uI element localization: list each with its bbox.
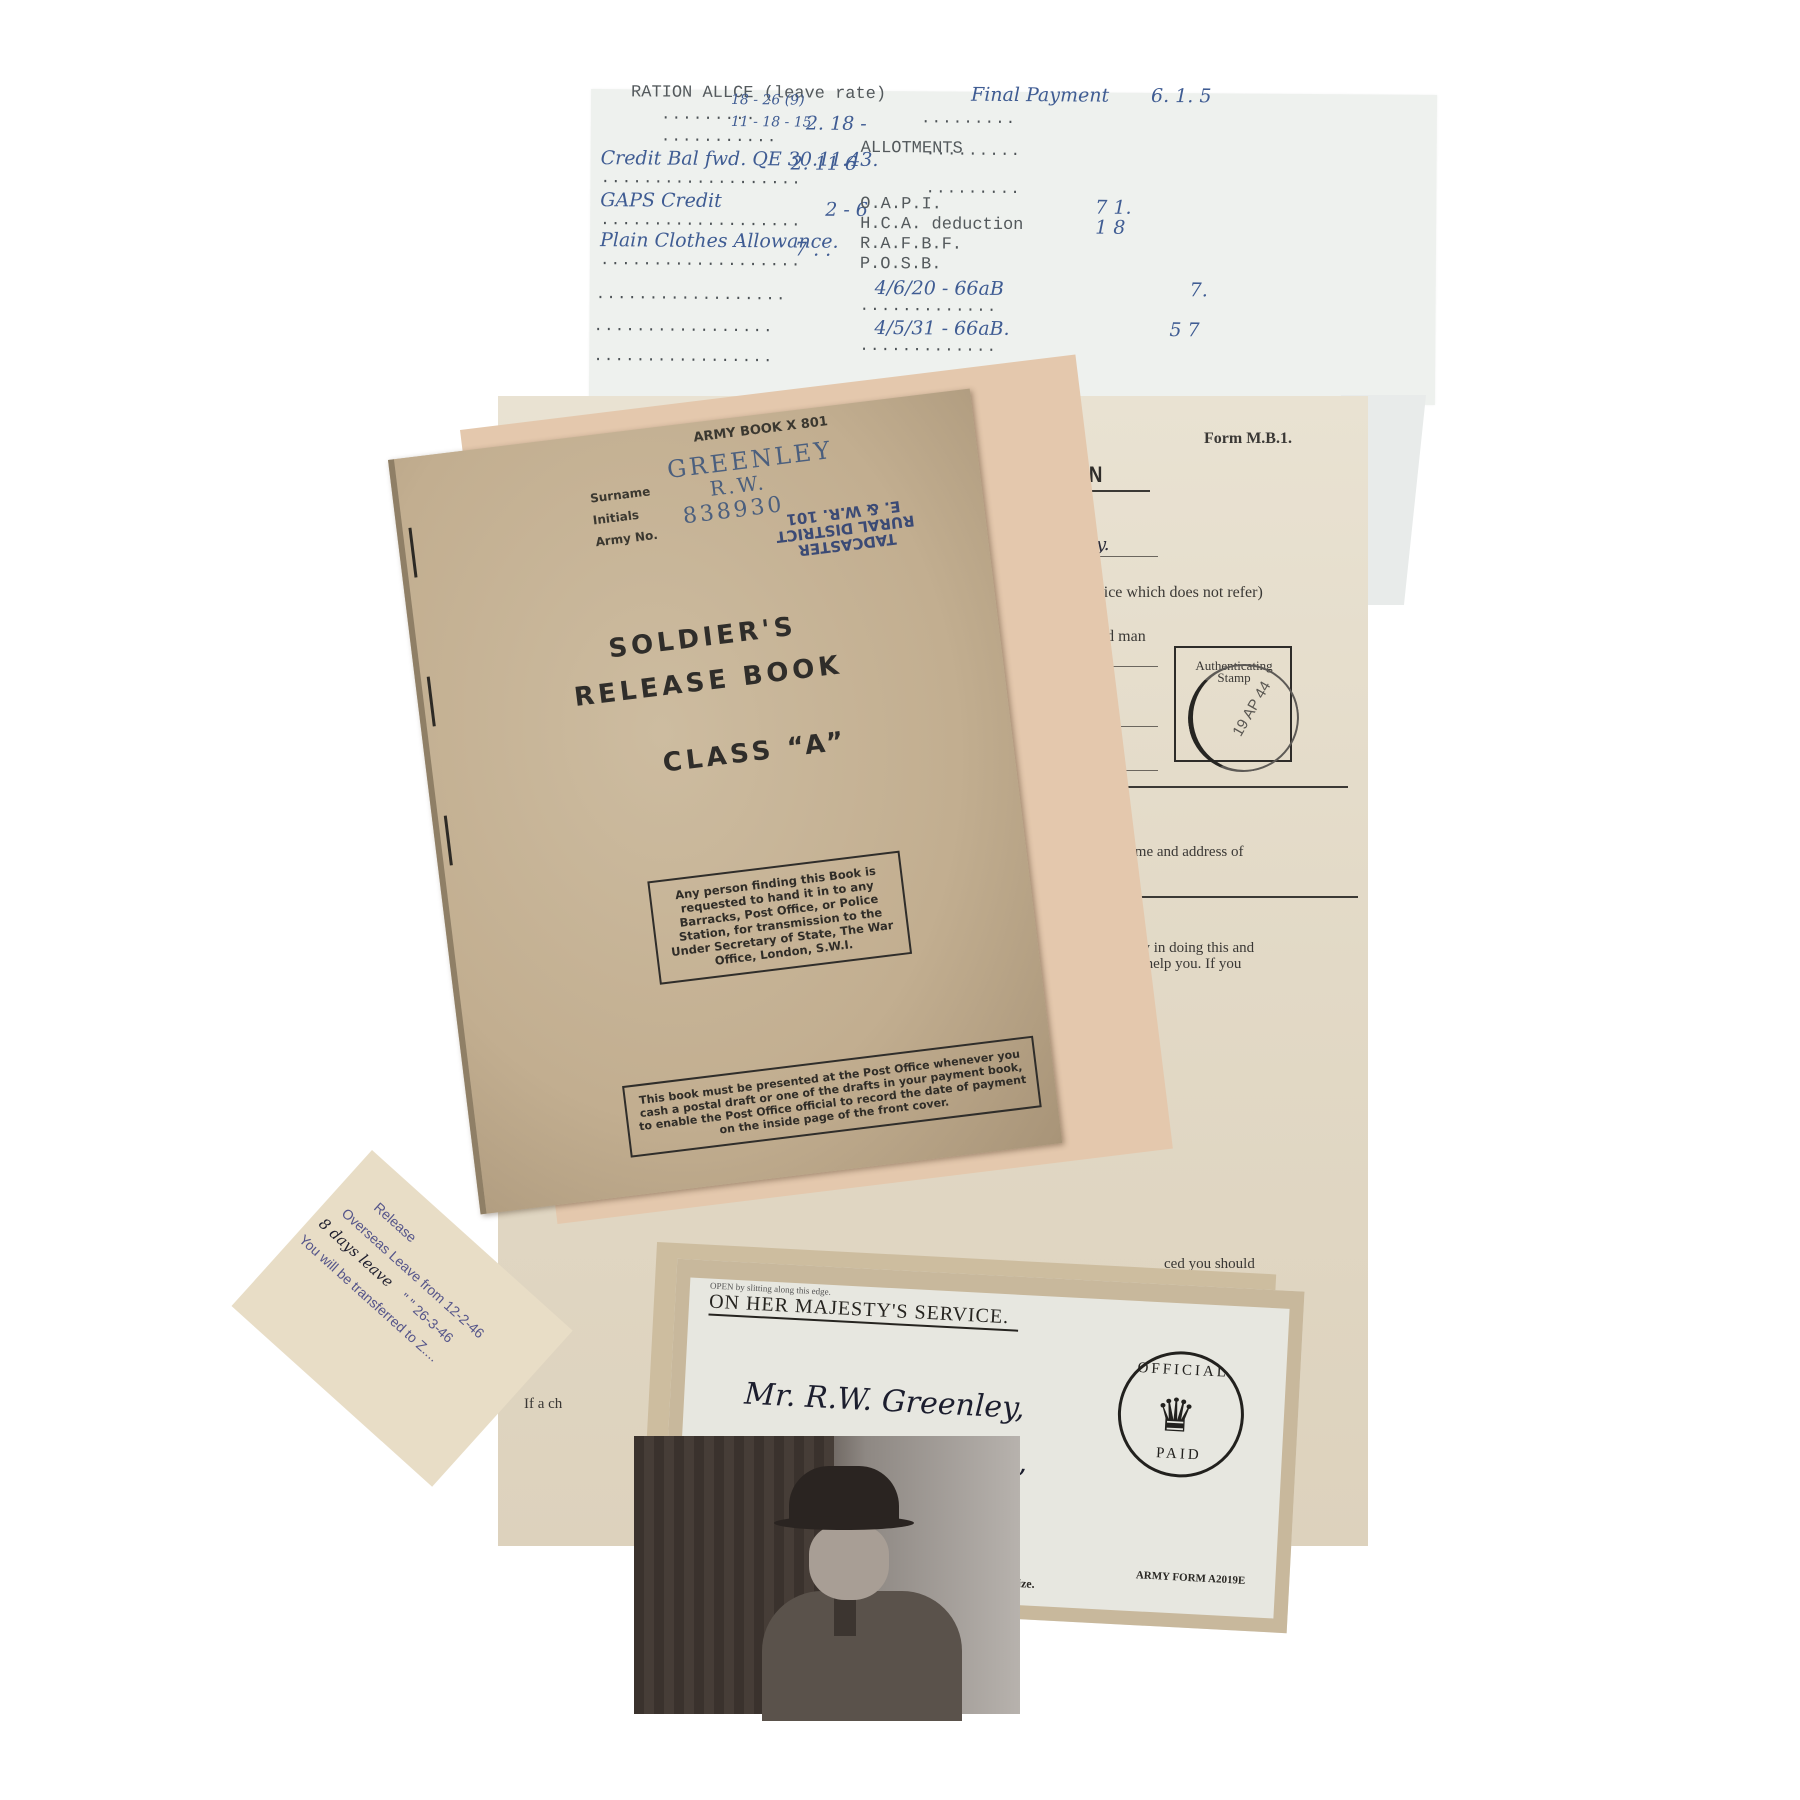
official-text: OFFICIAL — [1123, 1359, 1244, 1382]
dotted-leader: ................. — [593, 347, 773, 366]
form-number: Form M.B.1. — [1204, 430, 1292, 448]
paid-text: PAID — [1118, 1443, 1239, 1466]
photo-tie — [834, 1596, 856, 1636]
army-number-value: 838930 — [682, 492, 786, 529]
dotted-leader: ................... — [600, 211, 802, 230]
portrait-photograph — [634, 1436, 1020, 1714]
dotted-leader: .................. — [596, 285, 787, 304]
dotted-leader: ................. — [593, 317, 773, 336]
army-form-code: ARMY FORM A2019E — [1136, 1569, 1246, 1587]
dotted-leader: ............. — [860, 297, 998, 316]
allotment-label: O.A.P.I. — [860, 195, 942, 215]
final-payment-label: Final Payment — [971, 84, 1109, 107]
allotment-label: R.A.F.B.F. — [860, 235, 962, 255]
post-office-notice: This book must be presented at the Post … — [622, 1036, 1042, 1158]
dotted-leader: ............. — [859, 337, 997, 356]
postmark-date: 19 AP 44 — [1229, 678, 1274, 739]
pay-entry-label: GAPS Credit — [600, 189, 722, 212]
allotment-label: P.O.S.B. — [860, 255, 942, 275]
pay-entry-label: 18 - 26 (9) — [731, 92, 805, 109]
photo-suit — [762, 1591, 962, 1721]
address-line: Mr. R.W. Greenley, — [743, 1377, 1025, 1427]
official-paid-stamp: OFFICIAL ♛ PAID — [1115, 1348, 1247, 1480]
dotted-leader: ......... — [926, 141, 1022, 160]
instruction-text: If a ch — [524, 1396, 562, 1413]
final-payment-amount: 6. 1. 5 — [1151, 85, 1212, 107]
photo-hat-brim — [774, 1516, 914, 1530]
soldiers-release-book: ARMY BOOK X 801 Surname GREENLEY Initial… — [388, 389, 1062, 1215]
surname-label: Surname — [589, 484, 651, 505]
allotment-amount: 7 1. — [1095, 197, 1131, 219]
photo-face — [809, 1524, 889, 1600]
allotment-label: H.C.A. deduction — [860, 215, 1023, 235]
ohms-header: ON HER MAJESTY'S SERVICE. — [708, 1291, 1019, 1332]
binding-stitch — [408, 528, 417, 578]
slip-line: Overseas Leave from 12-2-46 — [339, 1205, 488, 1341]
initials-label: Initials — [592, 508, 640, 528]
dotted-leader: ........... — [661, 128, 778, 147]
allotment-amount: 7. — [1190, 279, 1208, 301]
book-title-line1: SOLDIER'S — [607, 612, 798, 665]
dotted-leader: ................... — [600, 169, 802, 188]
pay-statement-sheet: RATION ALLCE (leave rate) ......... 18 -… — [589, 89, 1437, 405]
binding-stitch — [444, 815, 453, 865]
allotment-amount: 1 8 — [1095, 217, 1125, 239]
finder-notice: Any person finding this Book is requeste… — [647, 851, 912, 985]
crown-icon: ♛ — [1153, 1387, 1197, 1443]
binding-stitch — [427, 677, 436, 727]
allotment-amount: 5 7 — [1169, 319, 1199, 341]
book-class: CLASS “A” — [661, 726, 849, 778]
tadcaster-district-stamp: TADCASTER RURAL DISTRICT E. & W.R. 101 — [773, 496, 917, 561]
dotted-leader: ......... — [921, 109, 1017, 128]
dotted-leader: ................... — [600, 251, 802, 270]
army-number-label: Army No. — [595, 528, 659, 550]
pay-entry-amount: 2. 18 - — [806, 113, 867, 135]
